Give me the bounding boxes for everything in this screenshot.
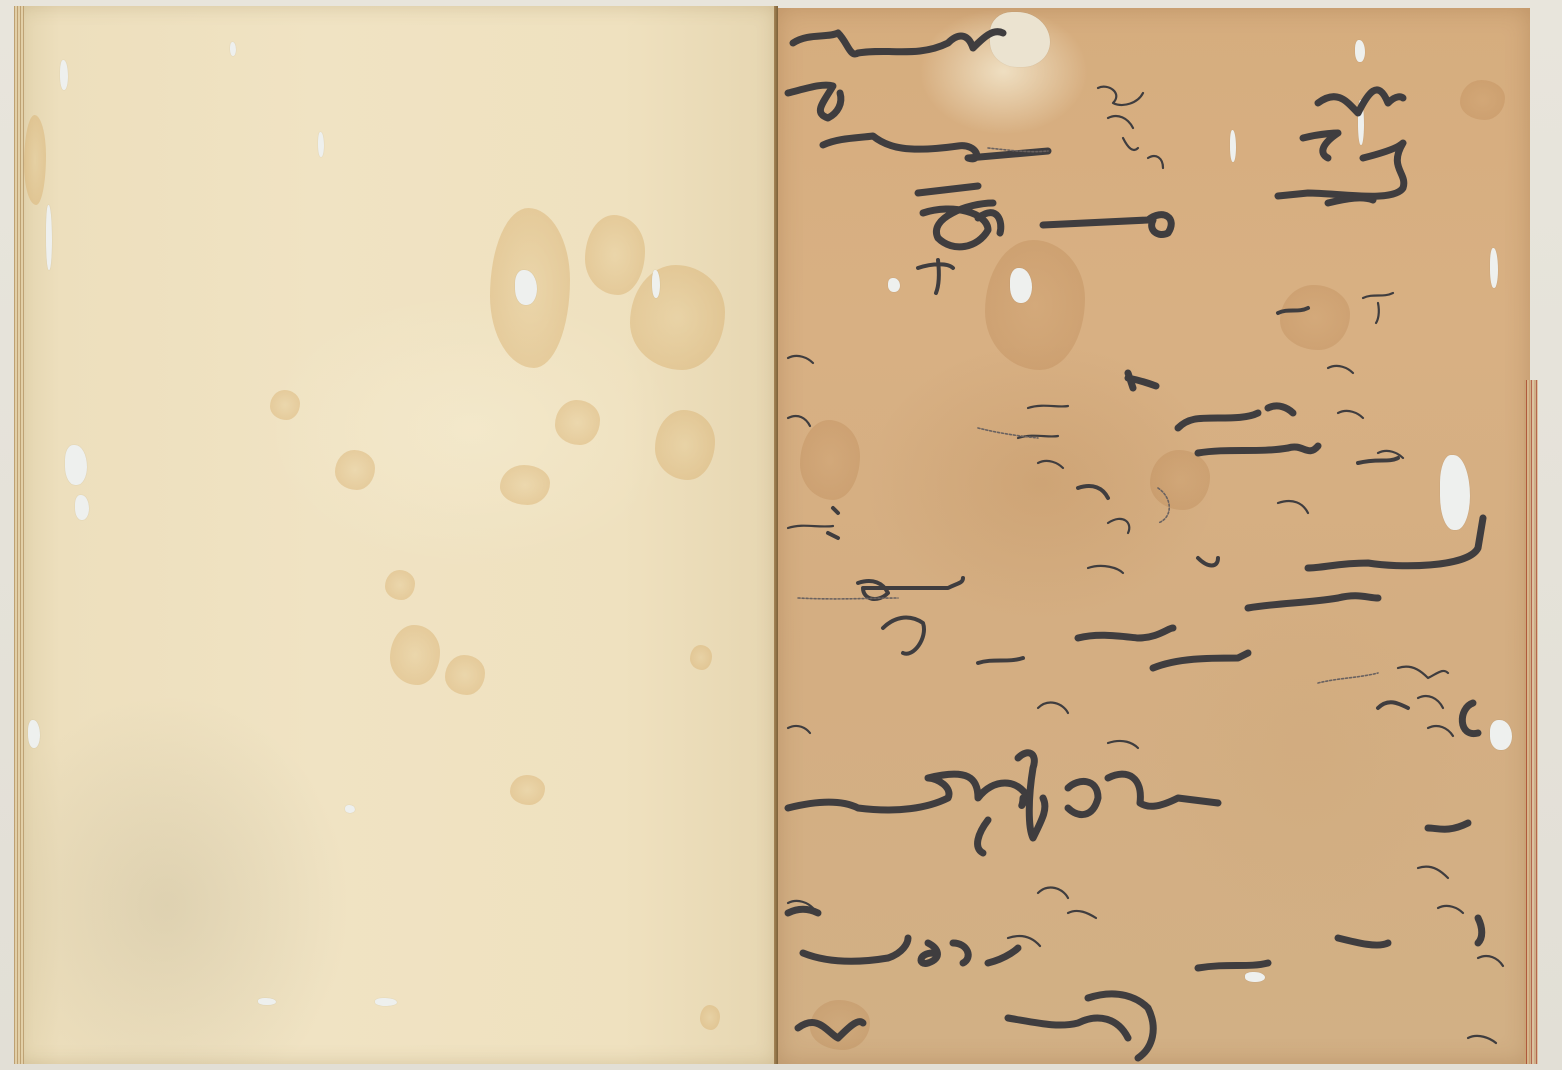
- paper-tear: [345, 805, 355, 813]
- main-script-strokes: [788, 32, 1483, 1058]
- paper-tear: [318, 132, 324, 157]
- paper-tear: [515, 270, 537, 305]
- water-stain: [655, 410, 715, 480]
- paper-tear: [65, 445, 87, 485]
- water-stain: [510, 775, 545, 805]
- water-stain: [390, 625, 440, 685]
- paper-tear: [375, 998, 397, 1006]
- water-stain: [385, 570, 415, 600]
- water-stain: [690, 645, 712, 670]
- water-stain: [335, 450, 375, 490]
- paper-tear: [258, 998, 276, 1005]
- left-page-edge: [14, 6, 24, 1064]
- water-stain: [700, 1005, 720, 1030]
- water-stain: [500, 465, 550, 505]
- paper-tear: [28, 720, 40, 748]
- paper-tear: [75, 495, 89, 520]
- paper-tear: [230, 42, 236, 56]
- water-stain: [555, 400, 600, 445]
- calligraphy-ink: [778, 8, 1530, 1064]
- water-stain: [585, 215, 645, 295]
- main-script-strokes-medium: [828, 260, 1408, 708]
- water-stain: [270, 390, 300, 420]
- water-stain: [24, 115, 46, 205]
- water-stain: [445, 655, 485, 695]
- left-page: Blank left page: [14, 6, 776, 1064]
- paper-tear: [652, 270, 660, 298]
- water-stain: [630, 265, 725, 370]
- paper-tear: [60, 60, 68, 90]
